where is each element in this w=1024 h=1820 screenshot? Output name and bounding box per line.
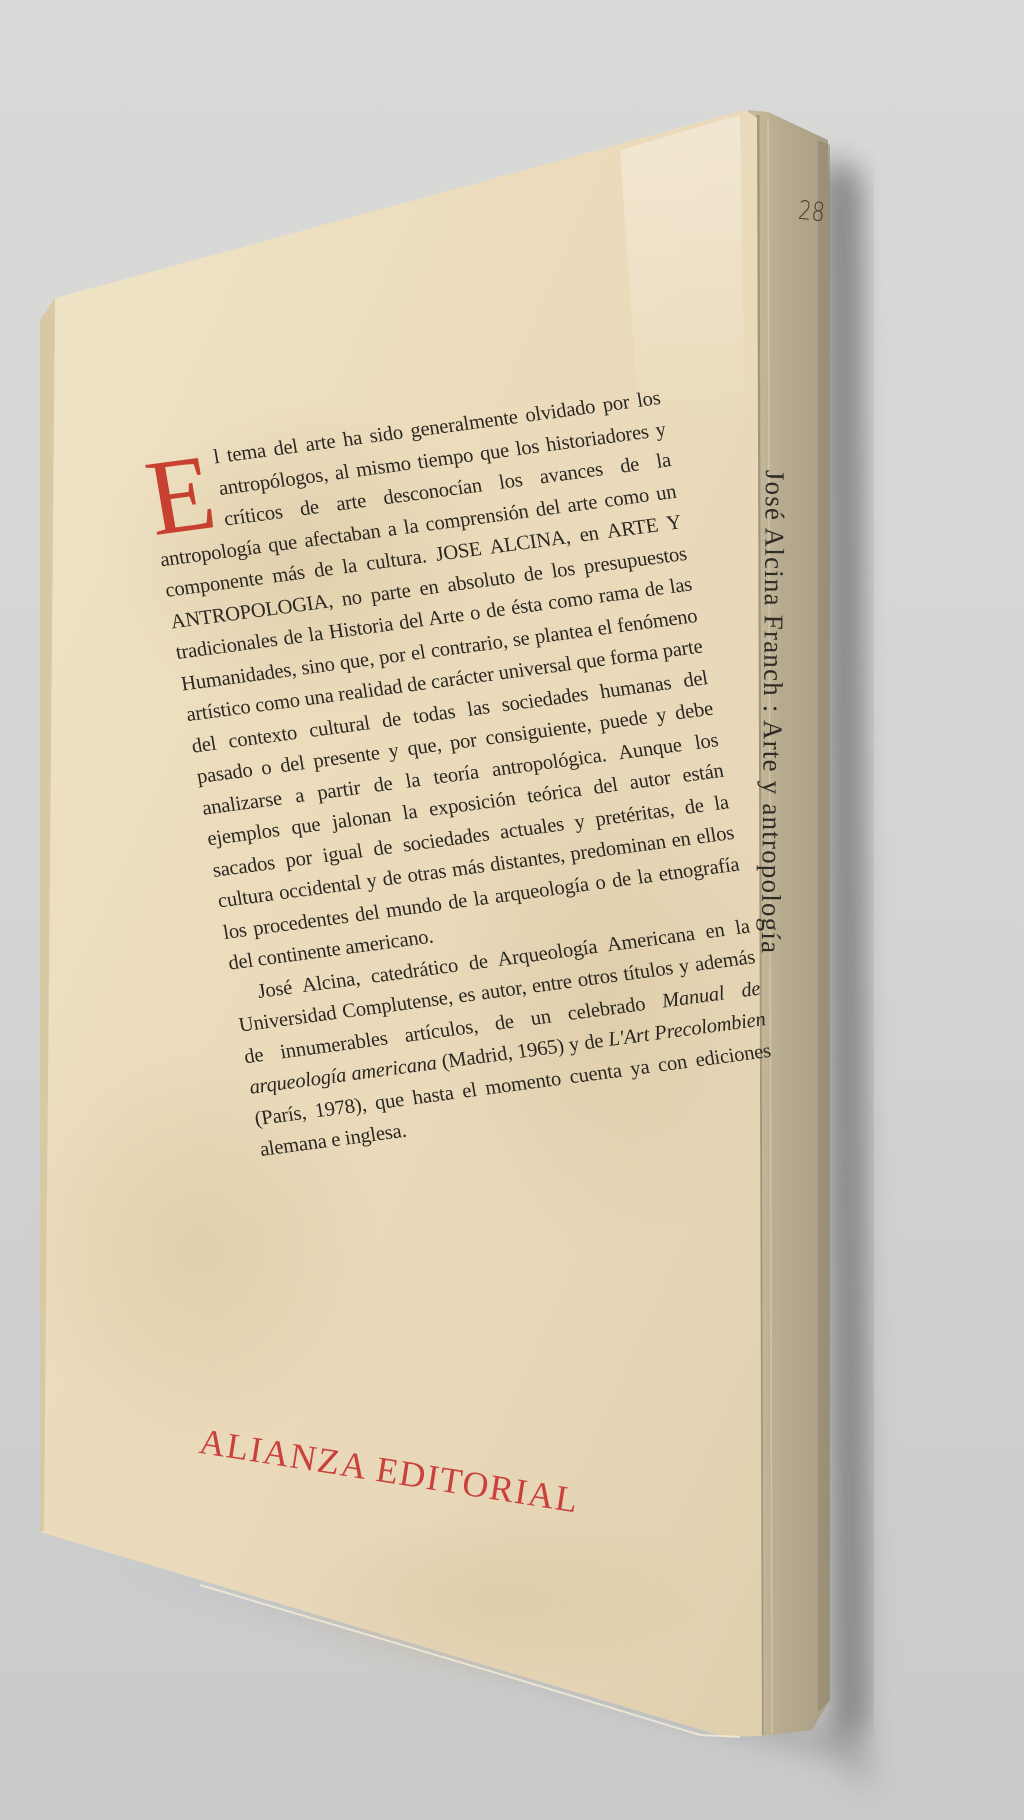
spine-title: José Alcina Franch : Arte y antropología bbox=[755, 470, 790, 955]
blurb-paragraph-1-text: l tema del arte ha sido generalmente olv… bbox=[158, 387, 740, 974]
blurb-paragraph-1: El tema del arte ha sido generalmente ol… bbox=[142, 383, 747, 980]
spine-handwritten-number: 28 bbox=[797, 196, 826, 229]
book: 28 José Alcina Franch : Arte y antropolo… bbox=[0, 0, 1024, 1820]
drop-cap: E bbox=[141, 449, 221, 543]
